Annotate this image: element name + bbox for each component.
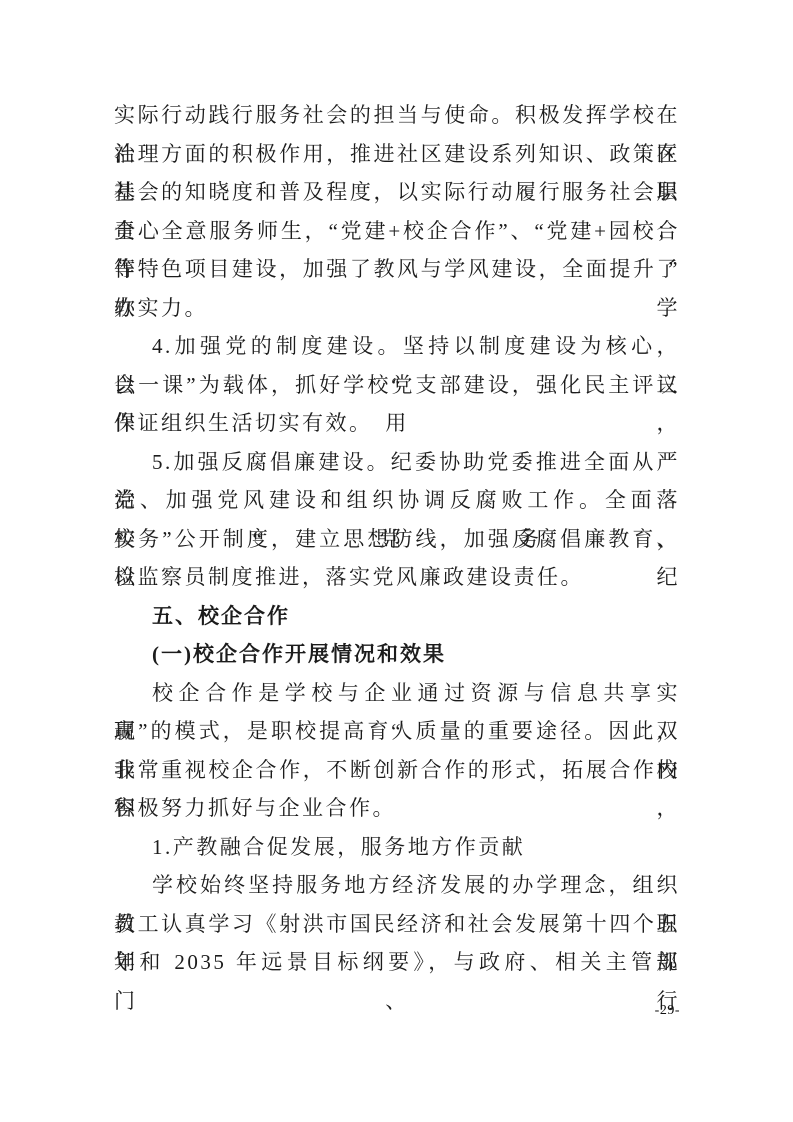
paragraph-line: 校务”公开制度，建立思想防线，加强反腐倡廉教育，以纪 [114,520,680,559]
document-page: 实际行动践行服务社会的担当与使命。积极发挥学校在社区 治理方面的积极作用，推进社… [0,0,793,1122]
paragraph-line: 4.加强党的制度建设。坚持以制度建设为核心，以“三 [114,327,680,366]
list-item-heading: 1.产教融合促发展，服务地方作贡献 [114,828,680,867]
paragraph-line: 学校始终坚持服务地方经济发展的办学理念，组织教职 [114,866,680,905]
paragraph-line: 5.加强反腐倡廉建设。纪委协助党委推进全面从严治 [114,443,680,482]
paragraph-line: 会一课”为载体，抓好学校党支部建设，强化民主评议作用， [114,366,680,405]
paragraph-line: 等特色项目建设，加强了教风与学风建设，全面提升了办学 [114,250,680,289]
paragraph-line: 非常重视校企合作，不断创新合作的形式，拓展合作内容， [114,751,680,790]
text-column: 实际行动践行服务社会的担当与使命。积极发挥学校在社区 治理方面的积极作用，推进社… [114,96,680,982]
paragraph-line: 划和 2035 年远景目标纲要》，与政府、相关主管部门、行 [114,943,680,982]
paragraph-line: 实际行动践行服务社会的担当与使命。积极发挥学校在社区 [114,96,680,135]
paragraph-line: 员工认真学习《射洪市国民经济和社会发展第十四个五年规 [114,905,680,944]
heading-section: 五、校企合作 [114,597,680,636]
paragraph-line: 全心全意服务师生，“党建+校企合作”、“党建+园校合作” [114,212,680,251]
paragraph-line: 治理方面的积极作用，推进社区建设系列知识、政策在基层 [114,135,680,174]
paragraph-line: 社会的知晓度和普及程度，以实际行动履行服务社会职责； [114,173,680,212]
paragraph-line: 党、加强党风建设和组织协调反腐败工作。全面落实“党务、 [114,481,680,520]
page-number: -29- [114,1003,680,1019]
paragraph-line: 赢”的模式，是职校提高育人质量的重要途径。因此，我校 [114,712,680,751]
heading-subsection: (一)校企合作开展情况和效果 [114,635,680,674]
paragraph-line: 校企合作是学校与企业通过资源与信息共享实现“双 [114,674,680,713]
